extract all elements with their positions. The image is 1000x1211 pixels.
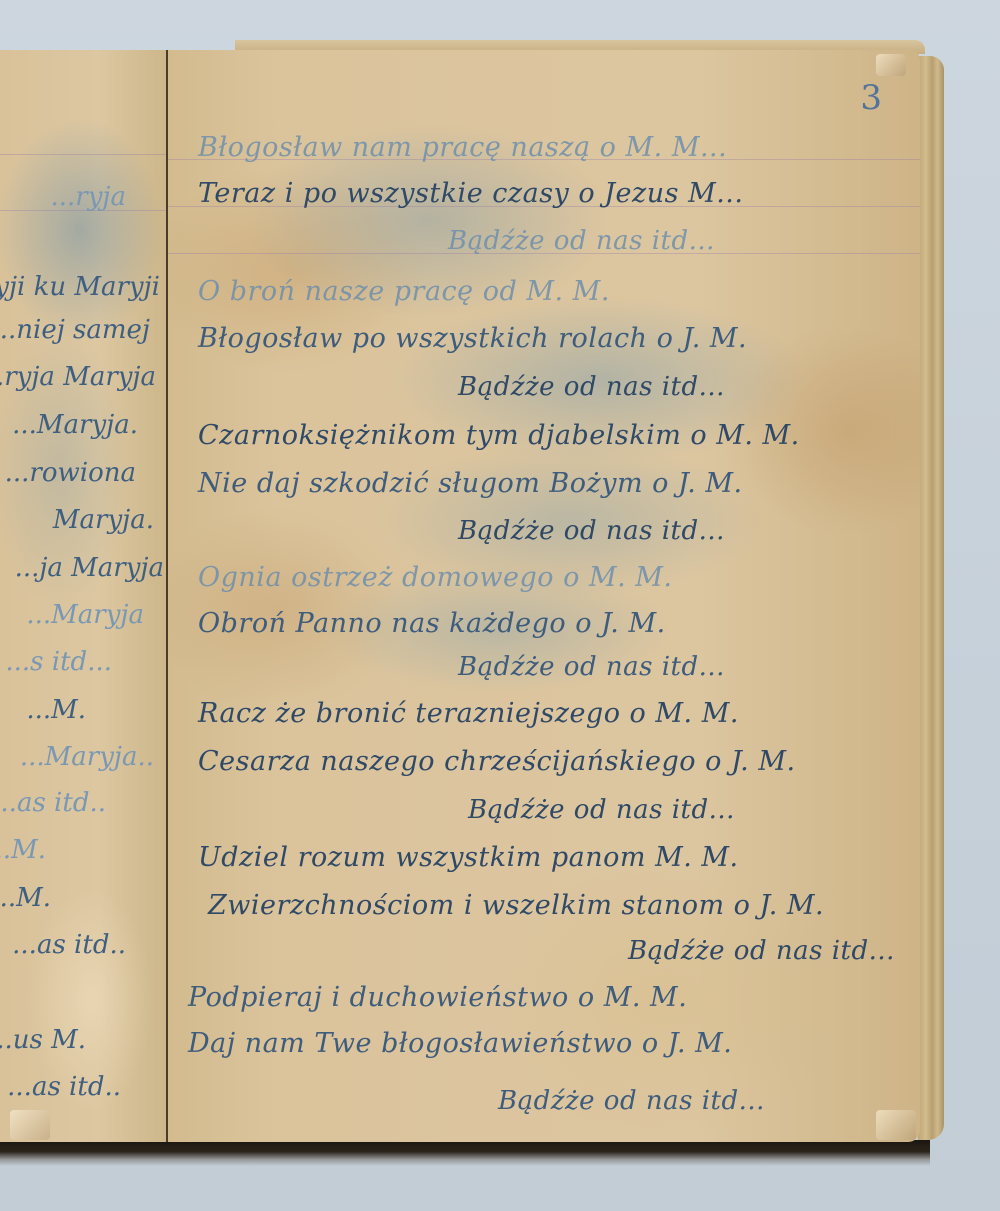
hymn-line: Zwierzchnościom i wszelkim stanom o J. M… xyxy=(208,890,824,921)
left-text-line: ...as itd.. xyxy=(0,788,106,818)
ruled-line xyxy=(0,154,166,155)
left-text-line: ...Maryja.. xyxy=(20,742,154,772)
left-text-line: ...s itd... xyxy=(5,647,112,677)
left-text-line: ...ja Maryja xyxy=(15,553,164,583)
left-text-line: ...rowiona xyxy=(5,458,136,488)
left-text-line: ...Maryja. xyxy=(12,410,138,440)
refrain-line: Bądźże od nas itd... xyxy=(468,795,735,825)
page-number: 3 xyxy=(860,78,882,118)
left-text-line: ...as itd.. xyxy=(7,1072,121,1102)
booklet-shadow xyxy=(0,1140,930,1166)
hymn-line: Błogosław nam pracę naszą o M. M... xyxy=(198,132,727,163)
right-page: 3 Błogosław nam pracę naszą o M. M... Te… xyxy=(168,50,920,1142)
hymn-line: Czarnoksiężnikom tym djabelskim o M. M. xyxy=(198,420,800,451)
refrain-line: Bądźże od nas itd... xyxy=(458,372,725,402)
hymn-line: Teraz i po wszystkie czasy o Jezus M... xyxy=(198,178,743,209)
left-text-line: ...yji ku Maryji xyxy=(0,272,160,302)
hymn-line: O broń nasze pracę od M. M. xyxy=(198,276,610,307)
hymn-line: Daj nam Twe błogosławieństwo o J. M. xyxy=(188,1028,732,1059)
refrain-line: Bądźże od nas itd... xyxy=(458,516,725,546)
left-text-line: ...as itd.. xyxy=(12,930,126,960)
left-text-line: ...ryja Maryja xyxy=(0,362,156,392)
left-text-line: Maryja. xyxy=(53,505,154,535)
hymn-line: Ognia ostrzeż domowego o M. M. xyxy=(198,562,673,593)
left-text-line: ...Maryja xyxy=(26,600,144,630)
hymn-line: Cesarza naszego chrześcijańskiego o J. M… xyxy=(198,746,796,777)
refrain-line: Bądźże od nas itd... xyxy=(448,226,715,256)
hymn-line: Udziel rozum wszystkim panom M. M. xyxy=(198,842,739,873)
left-text-line: ...niej samej xyxy=(0,315,150,345)
corner-fold xyxy=(10,1110,50,1140)
refrain-line: Bądźże od nas itd... xyxy=(458,652,725,682)
hymn-line: Obroń Panno nas każdego o J. M. xyxy=(198,608,666,639)
refrain-line: Bądźże od nas itd... xyxy=(628,936,895,966)
refrain-line: Bądźże od nas itd... xyxy=(498,1086,765,1116)
hymn-line: Racz że bronić terazniejszego o M. M. xyxy=(198,698,739,729)
corner-fold xyxy=(876,1110,916,1140)
left-page: ...ryja ...yji ku Maryji ...niej samej .… xyxy=(0,50,168,1142)
left-text-line: ...M. xyxy=(0,835,46,865)
hymn-line: Błogosław po wszystkich rolach o J. M. xyxy=(198,323,747,354)
left-text-line: ...M. xyxy=(26,695,86,725)
corner-fold xyxy=(876,54,906,76)
left-text-line: ...M. xyxy=(0,883,51,913)
hymn-line: Podpieraj i duchowieństwo o M. M. xyxy=(188,982,687,1013)
page-stack-right-edge xyxy=(918,56,944,1140)
hymn-line: Nie daj szkodzić sługom Bożym o J. M. xyxy=(198,468,743,499)
left-text-line: ...ryja xyxy=(51,182,126,212)
left-text-line: ...us M. xyxy=(0,1025,86,1055)
